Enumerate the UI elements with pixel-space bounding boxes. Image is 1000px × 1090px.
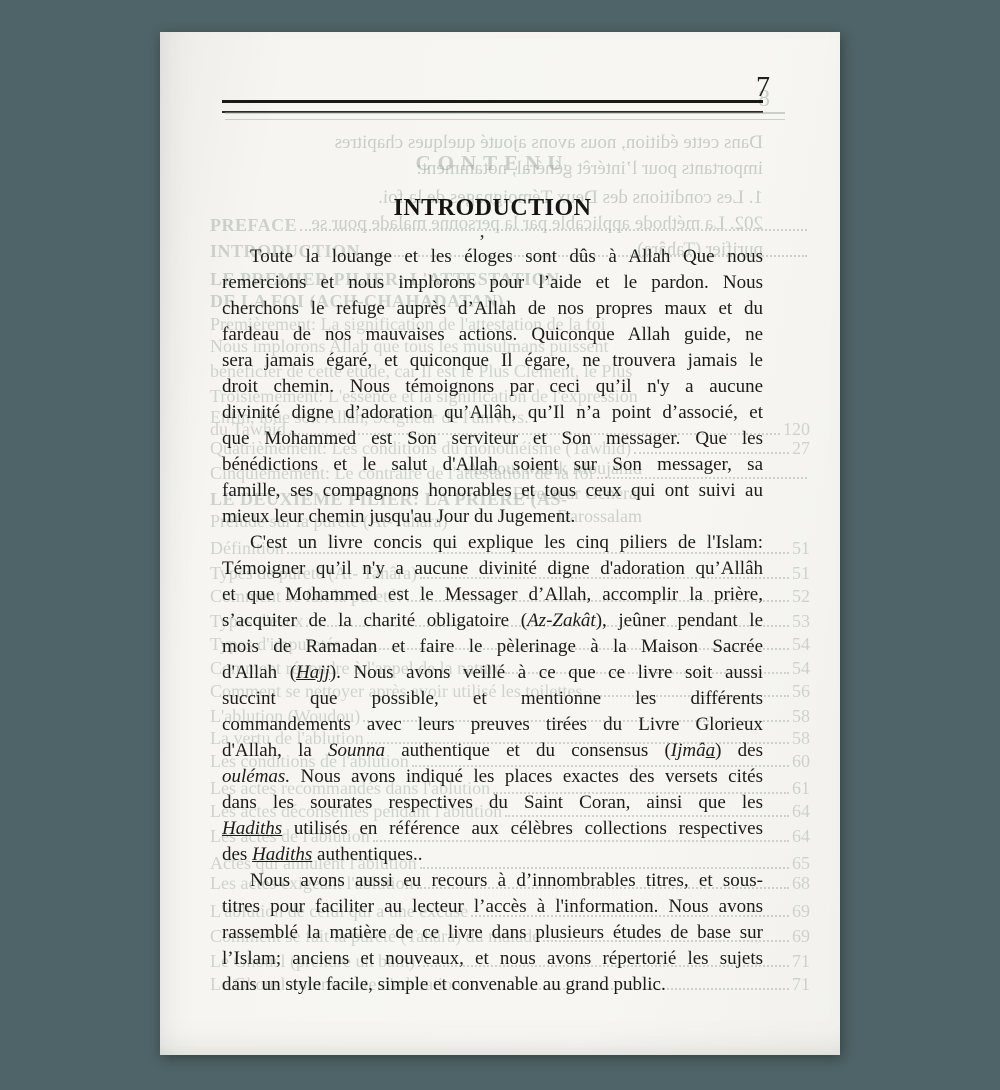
body-line: d'Allah, la Sounna authentique et du con… [222,738,763,764]
body-line: rassemblé la matière de ce livre dans pl… [222,920,763,946]
body-line: C'est un livre concis qui explique les c… [222,530,763,556]
body-line: s’acquiter de la charité obligatoire (Az… [222,608,763,634]
heading-ornament: ‚ [222,220,742,243]
body-line: droit chemin. Nous témoignons par ceci q… [222,374,763,400]
body-line: dans un style facile, simple et convenab… [222,972,763,998]
body-line: famille, ses compagnons honorables et to… [222,478,763,504]
body-line: cherchons le refuge auprès d’Allah de no… [222,296,763,322]
body-line: d'Allah (Hajj). Nous avons veillé à ce q… [222,660,763,686]
body-line: oulémas. Nous avons indiqué les places e… [222,764,763,790]
scanned-book-photo: Dans cette édition, nous avons ajouté qu… [0,0,1000,1090]
body-text: Toute la louange et les éloges sont dûs … [222,244,763,998]
term-iu: Hadiths [222,818,282,839]
body-line: commandements avec leurs preuves tirées … [222,712,763,738]
printed-layer: 7 INTRODUCTION ‚ Toute la louange et les… [160,32,840,1055]
body-line: Nous avons aussi eu recours à d’innombra… [222,868,763,894]
book-page: Dans cette édition, nous avons ajouté qu… [160,32,840,1055]
body-line: titres pour faciliter au lecteur l’accès… [222,894,763,920]
term-iu: a [706,740,716,761]
body-line: Toute la louange et les éloges sont dûs … [222,244,763,270]
term-i: Sounna [328,740,385,761]
body-line: mois de Ramadan et faire le pèlerinage à… [222,634,763,660]
body-line: des Hadiths authentiques.. [222,842,763,868]
chapter-heading: INTRODUCTION [222,195,763,222]
term-i: Az-Zakât [527,610,596,631]
header-rule-ghost [225,112,785,120]
body-line: l’Islam; anciens et nouveaux, et nous av… [222,946,763,972]
term-iu: Hadiths [252,844,312,865]
body-line: dans les sourates respectives du Saint C… [222,790,763,816]
body-line: Témoigner qu’il n'y a aucune divinité di… [222,556,763,582]
body-line: remercions et nous implorons pour l’aide… [222,270,763,296]
body-line: Hadiths utilisés en référence aux célèbr… [222,816,763,842]
body-line: sera jamais égaré, et quiconque Il égare… [222,348,763,374]
body-line: bénédictions et le salut d'Allah soient … [222,452,763,478]
body-line: fardeau de nos mauvaises actions. Quicon… [222,322,763,348]
term-i: Ijmâ [671,740,706,761]
term-iu: Hajj [296,662,330,683]
term-i: oulémas. [222,766,290,787]
body-line: que Mohammed est Son serviteur et Son me… [222,426,763,452]
body-line: succint que possible, et mentionne les d… [222,686,763,712]
body-line: divinité digne d’adoration qu’Allâh, qu’… [222,400,763,426]
body-line: mieux leur chemin jusqu'au Jour du Jugem… [222,504,763,530]
body-line: et que Mohammed est le Messager d’Allah,… [222,582,763,608]
